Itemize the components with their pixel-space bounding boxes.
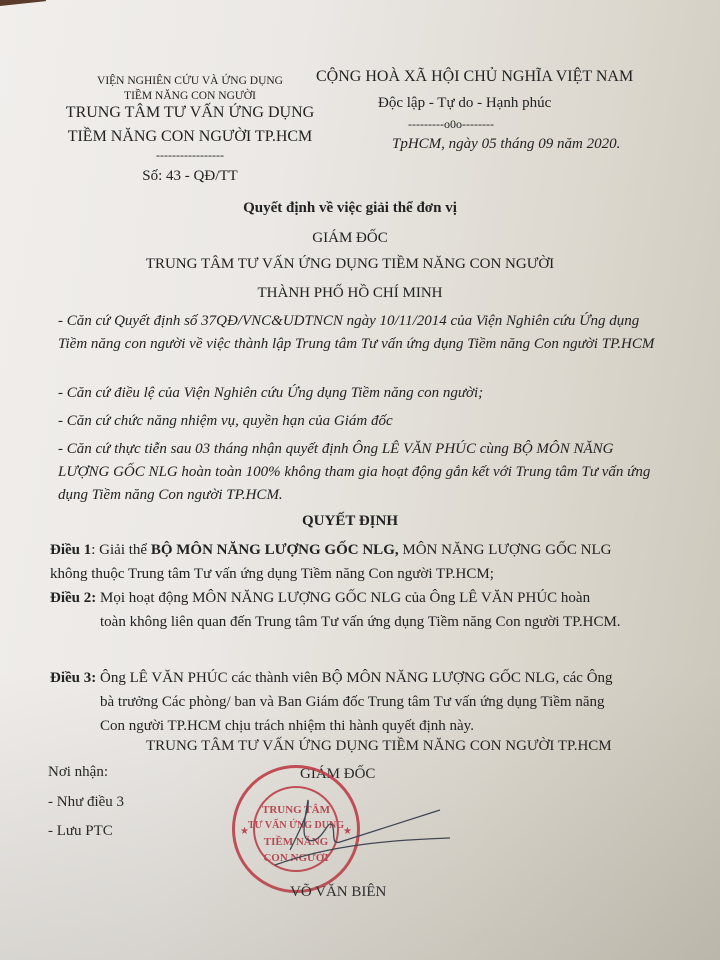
seal-star-left-icon: ★ <box>240 826 249 837</box>
document-date: TpHCM, ngày 05 tháng 09 năm 2020. <box>392 136 620 153</box>
article-1-label: Điều 1 <box>50 542 91 558</box>
signer-name: VÕ VĂN BIÊN <box>290 884 386 901</box>
basis-2: - Căn cứ điều lệ của Viện Nghiên cứu Ứng… <box>58 382 658 405</box>
center-name-line2: TIỀM NĂNG CON NGƯỜI TP.HCM <box>60 128 320 146</box>
signature-org: TRUNG TÂM TƯ VẤN ỨNG DỤNG TIỀM NĂNG CON … <box>146 738 612 755</box>
authority-title: GIÁM ĐỐC <box>130 230 570 247</box>
nation-heading: CỘNG HOÀ XÃ HỘI CHỦ NGHĨA VIỆT NAM <box>316 68 633 86</box>
signature-scribble-icon <box>270 790 450 870</box>
basis-4: - Căn cứ thực tiễn sau 03 tháng nhận quy… <box>58 438 658 507</box>
article-3-label: Điều 3: <box>50 670 96 686</box>
article-3-rest: bà trưởng Các phòng/ ban và Ban Giám đốc… <box>50 690 630 738</box>
article-2: Điều 2: Mọi hoạt động MÔN NĂNG LƯỢNG GỐC… <box>50 586 630 634</box>
background-corner <box>0 0 46 6</box>
decision-subject: Quyết định về việc giải thể đơn vị <box>130 200 570 217</box>
header-left-divider: ----------------- <box>130 148 250 163</box>
recipient-1: - Như điều 3 <box>48 794 124 811</box>
org-name-line2: THÀNH PHỐ HỒ CHÍ MINH <box>100 285 600 302</box>
article-2-line1: Mọi hoạt động MÔN NĂNG LƯỢNG GỐC NLG của… <box>96 590 590 606</box>
org-name-line1: TRUNG TÂM TƯ VẤN ỨNG DỤNG TIỀM NĂNG CON … <box>100 256 600 273</box>
header-right-divider: ---------o0o-------- <box>408 117 494 132</box>
basis-1: - Căn cứ Quyết định số 37QĐ/VNC&UDTNCN n… <box>58 310 658 356</box>
basis-3: - Căn cứ chức năng nhiệm vụ, quyền hạn c… <box>58 410 658 433</box>
institute-name-line2: TIỀM NĂNG CON NGƯỜI <box>90 90 290 102</box>
recipient-2: - Lưu PTC <box>48 823 113 840</box>
article-2-rest: toàn không liên quan đến Trung tâm Tư vấ… <box>50 610 630 634</box>
article-3-line1: Ông LÊ VĂN PHÚC các thành viên BỘ MÔN NĂ… <box>96 670 612 686</box>
article-3: Điều 3: Ông LÊ VĂN PHÚC các thành viên B… <box>50 666 630 738</box>
article-1-bold: BỘ MÔN NĂNG LƯỢNG GỐC NLG, <box>151 542 399 558</box>
article-1-prefix: : Giải thể <box>91 542 151 558</box>
institute-name-line1: VIỆN NGHIÊN CỨU VÀ ỨNG DỤNG <box>90 75 290 87</box>
document-number: Số: 43 - QĐ/TT <box>120 168 260 185</box>
article-2-label: Điều 2: <box>50 590 96 606</box>
national-motto: Độc lập - Tự do - Hạnh phúc <box>378 95 551 112</box>
decision-heading: QUYẾT ĐỊNH <box>200 513 500 530</box>
article-1: Điều 1: Giải thể BỘ MÔN NĂNG LƯỢNG GỐC N… <box>50 538 625 586</box>
center-name-line1: TRUNG TÂM TƯ VẤN ỨNG DỤNG <box>60 104 320 122</box>
recipients-heading: Nơi nhận: <box>48 764 108 781</box>
